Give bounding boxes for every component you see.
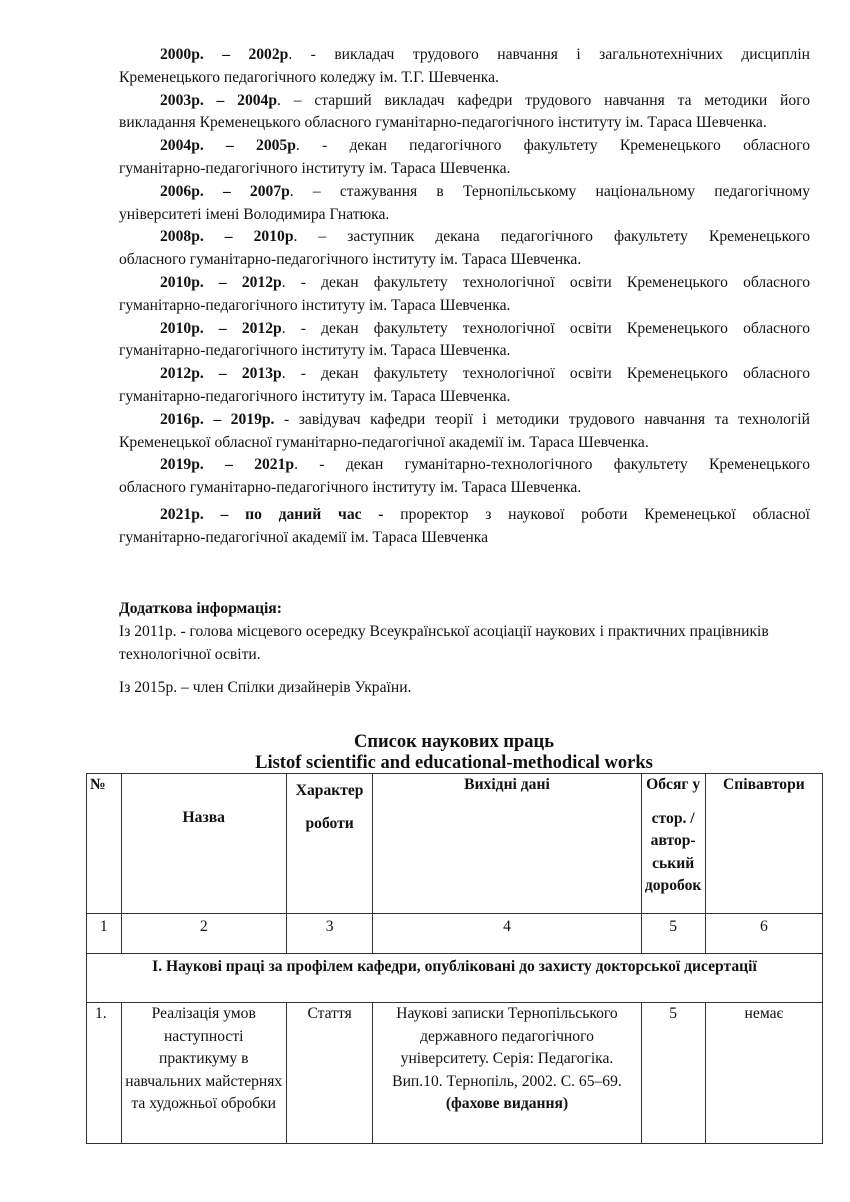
career-description: . – старший викладач кафедри трудового н… (277, 92, 810, 109)
header-type-line: роботи (287, 807, 373, 840)
career-entry-first-line: 2003р. – 2004р. – старший викладач кафед… (119, 90, 810, 113)
works-title-en: Listof scientific and educational-method… (86, 752, 822, 774)
career-entry: 2003р. – 2004р. – старший викладач кафед… (119, 90, 810, 136)
header-volume-line: доробок (642, 875, 705, 898)
career-description: . - декан гуманітарно-технологічного фак… (294, 456, 810, 473)
career-period: 2003р. – 2004р (160, 92, 277, 109)
career-description-rest: гуманітарно-педагогічного інституту ім. … (119, 297, 510, 314)
career-description-rest: Кременецького педагогічного коледжу ім. … (119, 69, 499, 86)
header-type: Характер роботи (286, 774, 373, 914)
additional-info: Додаткова інформація: Із 2011р. - голова… (119, 597, 819, 699)
career-description-rest: обласного гуманітарно-педагогічного інст… (119, 479, 581, 496)
career-description: проректор з наукової роботи Кременецької… (384, 506, 810, 523)
row-source-text: Наукові записки Тернопільського державно… (376, 1003, 637, 1093)
column-number: 2 (121, 914, 286, 954)
career-entry: 2019р. – 2021р. - декан гуманітарно-техн… (119, 454, 810, 500)
career-description: . – стажування в Тернопільському націона… (290, 183, 810, 200)
career-description-rest: обласного гуманітарно-педагогічного інст… (119, 251, 581, 268)
career-period: 2012р. – 2013р (160, 365, 282, 382)
column-number-row: 1 2 3 4 5 6 (87, 914, 823, 954)
career-section: 2000р. – 2002р. - викладач трудового нав… (119, 44, 810, 550)
career-description-rest: університеті імені Володимира Гнатюка. (119, 206, 389, 223)
career-period: 2004р. – 2005р (160, 137, 296, 154)
column-number: 4 (373, 914, 641, 954)
header-volume-line: ський (642, 853, 705, 876)
header-name: Назва (121, 774, 286, 914)
career-entry: 2000р. – 2002р. - викладач трудового нав… (119, 44, 810, 90)
career-description: - завідувач кафедри теорії і методики тр… (274, 411, 810, 428)
header-volume-line: Обсяг у (642, 774, 705, 797)
career-period: 2019р. – 2021р (160, 456, 294, 473)
career-entry: 2012р. – 2013р. - декан факультету техно… (119, 363, 810, 409)
header-volume-line: автор- (642, 830, 705, 853)
header-type-line: Характер (287, 774, 373, 807)
row-type: Стаття (286, 1003, 373, 1144)
career-period: 2000р. – 2002р (160, 46, 288, 63)
career-entry: 2010р. – 2012р. - декан факультету техно… (119, 272, 810, 318)
column-number: 5 (641, 914, 705, 954)
table-header-row: № Назва Характер роботи Вихідні дані Обс… (87, 774, 823, 914)
career-entry: 2006р. – 2007р. – стажування в Тернопіль… (119, 181, 810, 227)
row-source: Наукові записки Тернопільського державно… (373, 1003, 641, 1144)
career-entry: 2016р. – 2019р. - завідувач кафедри теор… (119, 409, 810, 455)
career-description: . – заступник декана педагогічного факул… (294, 228, 811, 245)
additional-info-item: Із 2015р. – член Спілки дизайнерів Украї… (119, 676, 819, 699)
career-description: . - декан педагогічного факультету Креме… (296, 137, 810, 154)
row-name: Реалізація умов наступності практикуму в… (121, 1003, 286, 1144)
career-description-rest: гуманітарно-педагогічного інституту ім. … (119, 342, 510, 359)
section-row: І. Наукові праці за профілем кафедри, оп… (87, 954, 823, 1003)
career-entry-first-line: 2010р. – 2012р. - декан факультету техно… (119, 272, 810, 295)
header-volume: Обсяг у стор. / автор- ський доробок (641, 774, 705, 914)
column-number: 1 (87, 914, 122, 954)
career-entry: 2010р. – 2012р. - декан факультету техно… (119, 318, 810, 364)
career-period: 2021р. – по даний час - (160, 506, 384, 523)
works-table: № Назва Характер роботи Вихідні дані Обс… (86, 773, 823, 1144)
career-entry-first-line: 2006р. – 2007р. – стажування в Тернопіль… (119, 181, 810, 204)
section-title: І. Наукові праці за профілем кафедри, оп… (87, 954, 823, 1003)
header-coauthors: Співавтори (705, 774, 822, 914)
career-period: 2006р. – 2007р (160, 183, 290, 200)
career-description: . - декан факультету технологічної освіт… (282, 365, 810, 382)
career-entry: 2008р. – 2010р. – заступник декана педаг… (119, 226, 810, 272)
career-description-rest: гуманітарно-педагогічного інституту ім. … (119, 160, 510, 177)
column-number: 3 (286, 914, 373, 954)
header-num: № (87, 774, 122, 914)
additional-info-item: Із 2011р. - голова місцевого осередку Вс… (119, 620, 819, 666)
table-row: 1. Реалізація умов наступності практикум… (87, 1003, 823, 1144)
additional-info-heading: Додаткова інформація: (119, 597, 819, 620)
career-period: 2010р. – 2012р (160, 274, 282, 291)
column-number: 6 (705, 914, 822, 954)
career-description: . - декан факультету технологічної освіт… (282, 320, 810, 337)
career-period: 2010р. – 2012р (160, 320, 282, 337)
career-period: 2008р. – 2010р (160, 228, 294, 245)
career-description-rest: гуманітарно-педагогічного інституту ім. … (119, 388, 510, 405)
row-volume: 5 (641, 1003, 705, 1144)
career-entry: 2004р. – 2005р. - декан педагогічного фа… (119, 135, 810, 181)
career-description-rest: гуманітарно-педагогічної академії ім. Та… (119, 529, 488, 546)
row-source-note: (фахове видання) (376, 1093, 637, 1116)
career-entry: 2021р. – по даний час - проректор з наук… (119, 504, 810, 550)
header-volume-line: стор. / (642, 808, 705, 831)
row-num: 1. (87, 1003, 122, 1144)
career-entry-first-line: 2008р. – 2010р. – заступник декана педаг… (119, 226, 810, 249)
header-source: Вихідні дані (373, 774, 641, 914)
career-entry-first-line: 2021р. – по даний час - проректор з наук… (119, 504, 810, 527)
career-entry-first-line: 2004р. – 2005р. - декан педагогічного фа… (119, 135, 810, 158)
career-description-rest: викладання Кременецького обласного гуман… (119, 114, 767, 131)
row-coauthors: немає (705, 1003, 822, 1144)
header-name-label: Назва (125, 807, 283, 830)
career-entry-first-line: 2019р. – 2021р. - декан гуманітарно-техн… (119, 454, 810, 477)
career-entry-first-line: 2010р. – 2012р. - декан факультету техно… (119, 318, 810, 341)
works-title-uk: Список наукових праць (86, 731, 822, 753)
career-period: 2016р. – 2019р. (160, 411, 274, 428)
career-description-rest: Кременецької обласної гуманітарно-педаго… (119, 434, 649, 451)
career-description: . - викладач трудового навчання і загаль… (288, 46, 810, 63)
career-entry-first-line: 2012р. – 2013р. - декан факультету техно… (119, 363, 810, 386)
career-entry-first-line: 2016р. – 2019р. - завідувач кафедри теор… (119, 409, 810, 432)
career-description: . - декан факультету технологічної освіт… (282, 274, 810, 291)
career-entry-first-line: 2000р. – 2002р. - викладач трудового нав… (119, 44, 810, 67)
